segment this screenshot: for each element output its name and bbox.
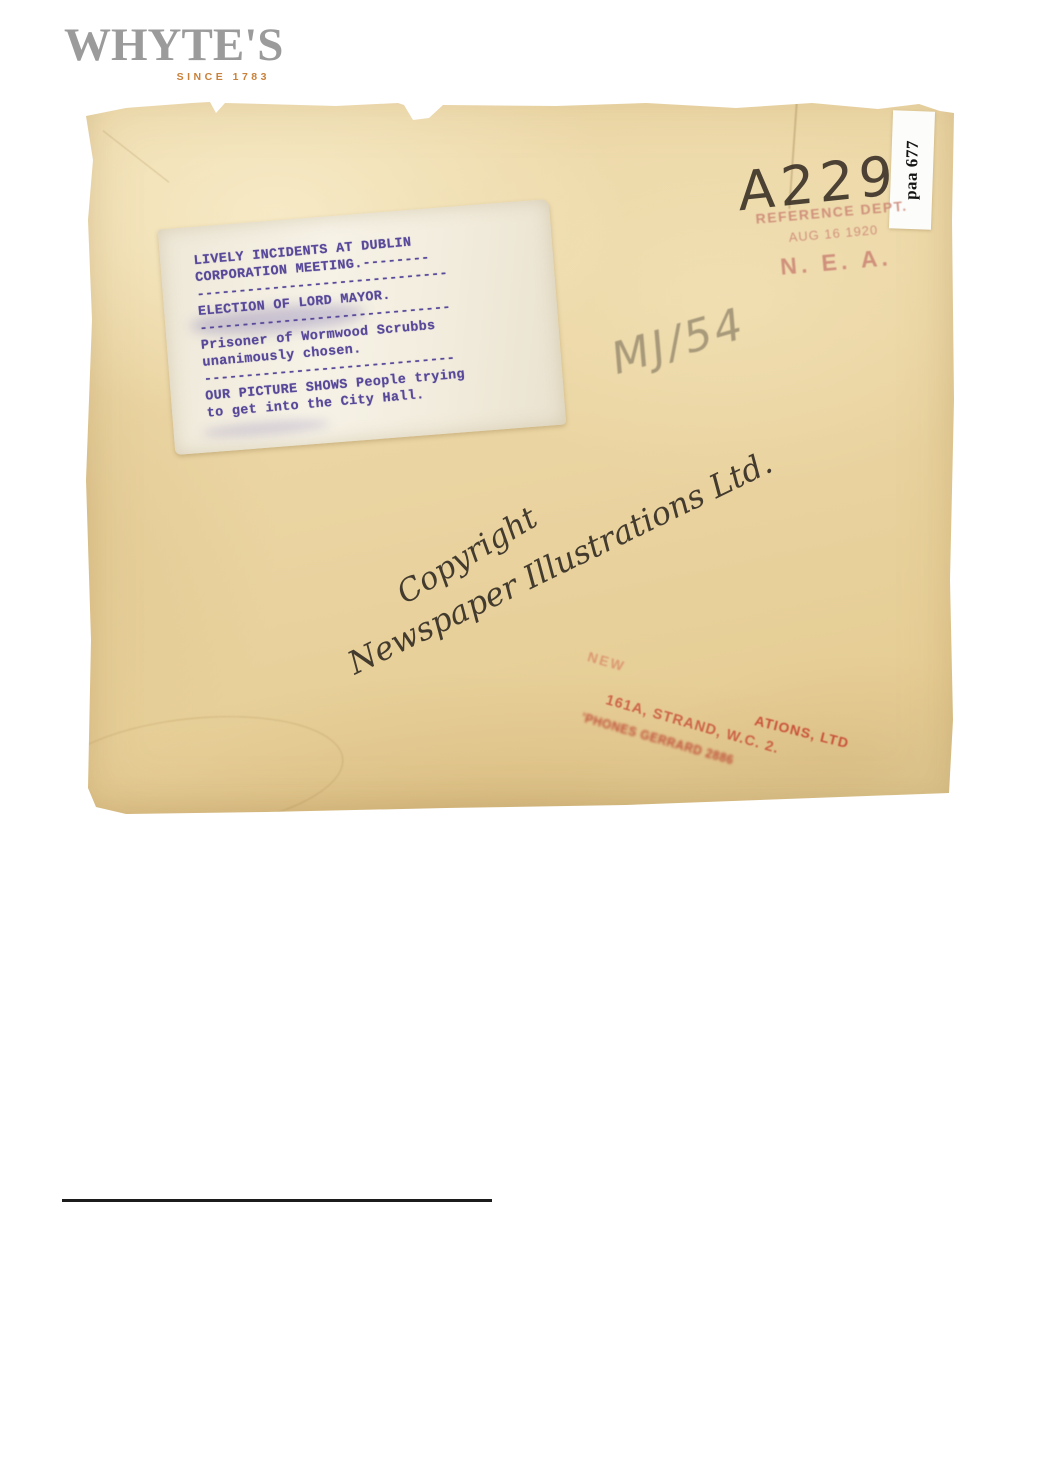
paper-crease-diagonal <box>103 130 170 183</box>
footer-rule <box>62 1199 492 1202</box>
typed-caption-text: LIVELY INCIDENTS AT DUBLIN CORPORATION M… <box>193 224 552 423</box>
typed-caption-label: LIVELY INCIDENTS AT DUBLIN CORPORATION M… <box>158 199 567 455</box>
reference-dept-stamp: REFERENCE DEPT. AUG 16 1920 N. E. A. <box>741 196 927 283</box>
agency-stamp-fragment-faint: NEW <box>586 648 628 674</box>
photograph-verso: LIVELY INCIDENTS AT DUBLIN CORPORATION M… <box>86 100 954 814</box>
whytes-logo: WHYTE'S SINCE 1783 <box>64 22 276 83</box>
copyright-inscription-line2: Newspaper Illustrations Ltd. <box>342 443 778 682</box>
stamp-agency-initials: N. E. A. <box>745 241 927 284</box>
catalogue-number-text: paa 677 <box>901 140 923 200</box>
pencil-note: MJ/54 <box>606 298 752 385</box>
whytes-tagline: SINCE 1783 <box>64 71 276 83</box>
whytes-wordmark: WHYTE'S <box>64 22 276 69</box>
paper-crease-oval <box>39 703 349 846</box>
